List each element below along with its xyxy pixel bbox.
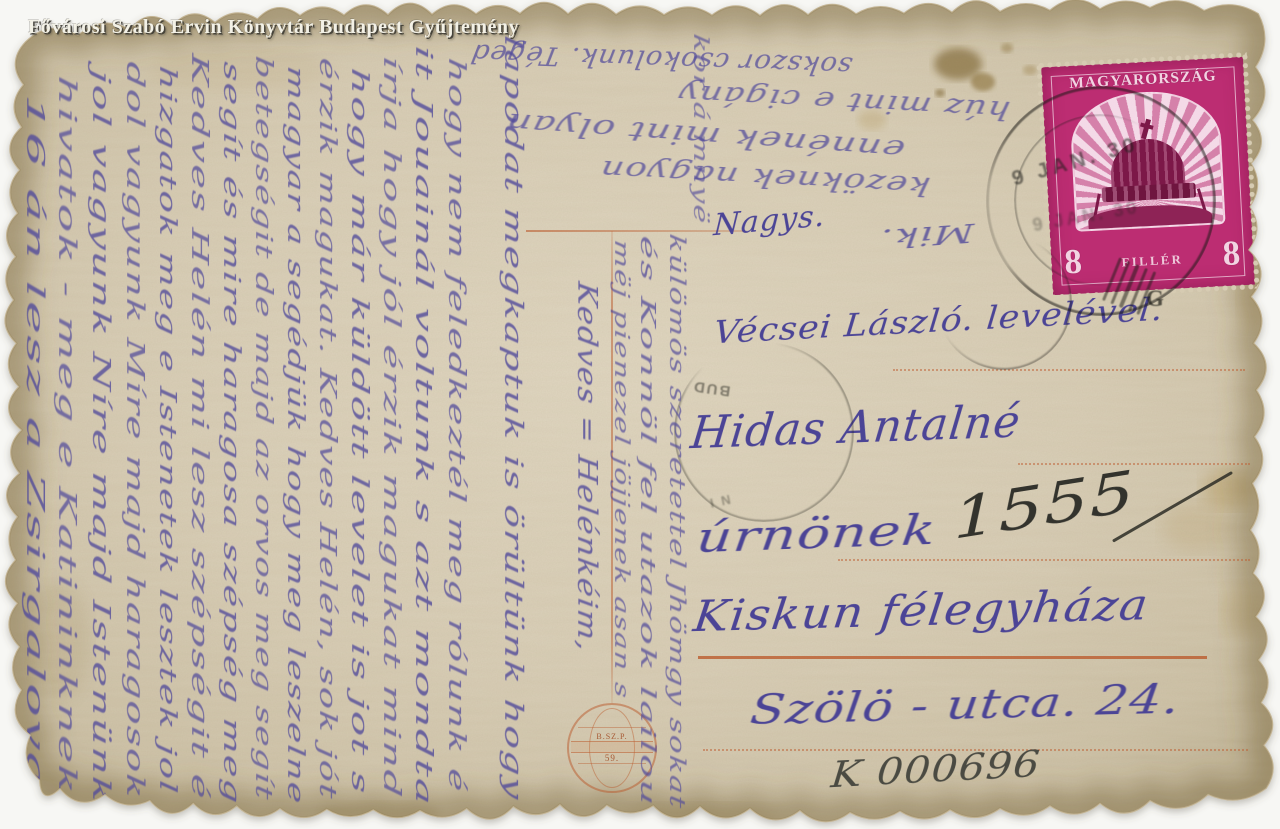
postmark-office-letter: G xyxy=(1146,286,1164,312)
printed-divider-horizontal xyxy=(526,230,744,232)
postcard-content: B.SZ.P. 59. Nagys. Mik. Vécsei László. l… xyxy=(0,0,1280,829)
catalog-number-text: K 000696 xyxy=(829,744,1042,796)
handwriting-column-text: 16 án lesz a Zsirgalova xyxy=(21,93,49,789)
handwriting-column: hivatok - meg e Katininknek xyxy=(53,76,81,796)
handwriting-middle-column-text: külömös szeretettel Jhömgy sokat xyxy=(665,232,689,811)
handwriting-column-text: segít és mire haragosa szépség meg xyxy=(218,60,244,806)
postcard-scan: B.SZ.P. 59. Nagys. Mik. Vécsei László. l… xyxy=(0,0,1280,829)
handwriting-column: magyar a segédjük hogy meg leszelne xyxy=(282,66,308,804)
handwriting-column: jol vagyunk Níre majd Istenünk xyxy=(87,70,115,804)
handwriting-column-text: betegségit de majd az orvos meg segít xyxy=(250,54,276,802)
handwriting-column-text: érzik magukat. Kedves Helén, sok jót xyxy=(314,56,340,801)
handwriting-column: hogy már küldött levelet is jot s xyxy=(346,68,372,795)
handwriting-column-text: lapodat megkaptuk is örültünk hogy xyxy=(499,34,528,802)
pencil-number-text: 1555 xyxy=(953,458,1136,552)
handwriting-middle-column: külömös szeretettel Jhömgy sokat xyxy=(665,234,689,810)
handwriting-column: lapodat megkaptuk is örültünk hogy xyxy=(499,36,528,800)
postmark-ring-center xyxy=(674,342,854,522)
handwriting-column-text: hogy már küldött levelet is jot s xyxy=(346,66,372,796)
handwriting-column-text: magyar a segédjük hogy meg leszelne xyxy=(282,64,308,806)
handwriting-column: hizgatok meg e Istenetek lesztek jol xyxy=(154,66,180,794)
handwriting-middle-column: mëj pienezel jöjjenek asan s xyxy=(610,240,634,700)
address-heading: Nagys. xyxy=(712,198,833,243)
handwriting-column: segít és mire haragosa szépség meg xyxy=(218,62,244,804)
handwriting-flipped-line-text: húz mint e cigány xyxy=(675,77,1012,124)
handwriting-column: dol vagyunk Míre majd haragosok xyxy=(121,62,149,800)
address-line-text: Kiskun félegyháza xyxy=(691,580,1152,642)
handwriting-column-text: it Jouainál voltunk s azt mondta xyxy=(410,44,436,808)
address-heading-text: Nagys. xyxy=(713,198,827,243)
postmark-ring-partial xyxy=(936,234,1072,370)
handwriting-column-text: írja hogy jól érzik magukat mind xyxy=(378,54,404,800)
handwriting-column-text: hizgatok meg e Istenetek lesztek jol xyxy=(154,64,180,796)
handwriting-column: 16 án lesz a Zsirgalova xyxy=(21,95,49,788)
handwriting-middle-column-text: mëj pienezel jöjjenek asan s xyxy=(610,238,634,701)
flipped-note-text: Mik. xyxy=(878,216,975,253)
address-line-street: Szölö - utca. 24. xyxy=(750,675,1183,734)
handwriting-column-text: hogy nem feledkeztél meg rólunk é xyxy=(443,56,469,794)
address-ruled-line xyxy=(893,369,1245,371)
address-ruled-line-solid xyxy=(698,656,1207,659)
handwriting-column: it Jouainál voltunk s azt mondta xyxy=(410,46,436,806)
handwriting-column: írja hogy jól érzik magukat mind xyxy=(378,56,404,798)
address-line-town: Kiskun félegyháza xyxy=(693,580,1151,642)
catalog-number: K 000696 xyxy=(830,744,1047,796)
handwriting-middle-column: és Konnöl fel utazok lailou xyxy=(636,236,660,806)
handwriting-column-text: Kedves Helén mi lesz szépségit é xyxy=(186,52,212,802)
handwriting-column: Kedves = Helénkéim, xyxy=(571,282,602,652)
library-watermark: Fővárosi Szabó Ervin Könyvtár Budapest G… xyxy=(28,16,519,39)
handwriting-column: érzik magukat. Kedves Helén, sok jót xyxy=(314,58,340,800)
handwriting-column-text: dol vagyunk Míre majd haragosok xyxy=(121,60,149,802)
handwriting-column: Kedves Helén mi lesz szépségit é xyxy=(186,54,212,800)
handwriting-column: betegségit de majd az orvos meg segít xyxy=(250,56,276,800)
handwriting-middle-column-text: és Konnöl fel utazok lailou xyxy=(636,234,660,808)
handwriting-flipped-line: húz mint e cigány xyxy=(677,77,1010,124)
handwriting-column-text: Kedves = Helénkéim, xyxy=(571,280,602,655)
address-line-text: Szölö - utca. 24. xyxy=(748,675,1183,734)
flipped-note: Mik. xyxy=(873,217,975,254)
handwriting-column-text: jol vagyunk Níre majd Istenünk xyxy=(87,68,115,806)
handwriting-column-text: hivatok - meg e Katininknek xyxy=(53,74,81,797)
address-ruled-line xyxy=(838,559,1250,561)
handwriting-column: hogy nem feledkeztél meg rólunk é xyxy=(443,58,469,792)
